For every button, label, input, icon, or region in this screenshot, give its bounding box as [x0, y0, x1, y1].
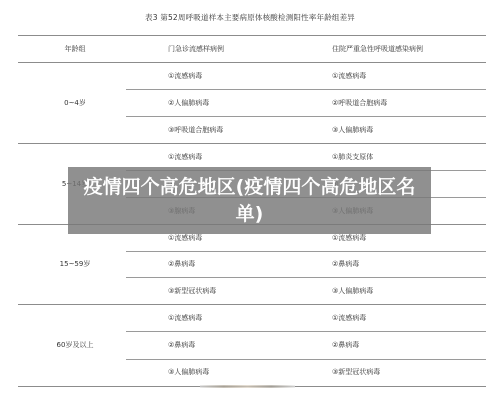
table-cell: ②呼吸道合胞病毒: [332, 98, 387, 108]
table-cell: ①流感病毒: [168, 71, 202, 81]
table-cell: ②鼻病毒: [168, 340, 195, 350]
row-divider: [126, 277, 486, 278]
table-cell: ③新型冠状病毒: [168, 286, 216, 296]
row-divider: [126, 89, 486, 90]
table-cell: ①流感病毒: [332, 71, 366, 81]
table-cell: ②鼻病毒: [168, 259, 195, 269]
table-cell: ①流感病毒: [332, 313, 366, 323]
table-cell: ③新型冠状病毒: [332, 367, 380, 377]
age-group-label: 0~4岁: [0, 98, 150, 108]
table-cell: ③人偏肺病毒: [168, 367, 209, 377]
table-cell: ①流感病毒: [332, 233, 366, 243]
table-cell: ③人偏肺病毒: [332, 125, 373, 135]
table-cell: ②鼻病毒: [332, 340, 359, 350]
group-divider: [18, 143, 486, 144]
age-group-label: 60岁及以上: [0, 340, 150, 350]
table-cell: ②鼻病毒: [332, 259, 359, 269]
row-divider: [126, 116, 486, 117]
table-cell: ①肺炎支原体: [332, 152, 373, 162]
header-inpatient: 住院严重急性呼吸道感染病例: [332, 44, 423, 54]
table-title: 表3 第52周呼吸道样本主要病原体核酸检测阳性率年龄组差异: [0, 12, 500, 23]
caption-overlay: 疫情四个高危地区(疫情四个高危地区名单): [68, 167, 431, 234]
header-bottom-rule: [18, 62, 486, 63]
table-cell: ②人偏肺病毒: [168, 98, 209, 108]
row-divider: [126, 331, 486, 332]
table-cell: ①流感病毒: [168, 152, 202, 162]
table-cell: ①流感病毒: [168, 313, 202, 323]
row-divider: [126, 251, 486, 252]
table-cell: ③人偏肺病毒: [332, 286, 373, 296]
table-top-rule: [18, 35, 486, 36]
header-age-group: 年龄组: [0, 44, 150, 54]
table-cell: ③呼吸道合胞病毒: [168, 125, 223, 135]
header-outpatient: 门急诊流感样病例: [168, 44, 224, 54]
bottom-watermark-smear: [200, 385, 295, 388]
table-cell: ①流感病毒: [168, 233, 202, 243]
age-group-label: 15~59岁: [0, 259, 150, 269]
row-divider: [126, 359, 486, 360]
group-divider: [18, 304, 486, 305]
caption-text: 疫情四个高危地区(疫情四个高危地区名单): [80, 174, 420, 228]
